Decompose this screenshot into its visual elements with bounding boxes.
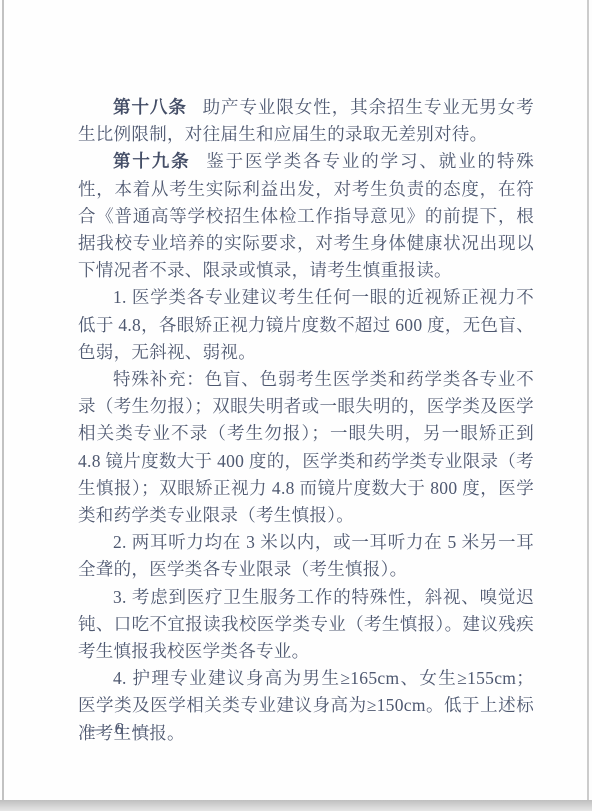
item-2-text: 2. 两耳听力均在 3 米以内，或一耳听力在 5 米另一耳全聋的，医学类各专业限… bbox=[78, 532, 534, 579]
scan-edge-right bbox=[587, 0, 589, 803]
special-supplement-text: 特殊补充：色盲、色弱考生医学类和药学类各专业不录（考生勿报）；双眼失明者或一眼失… bbox=[78, 369, 534, 525]
scan-edge-left bbox=[2, 0, 4, 803]
article-19-heading: 第十九条 bbox=[113, 151, 191, 171]
paragraph-article-18: 第十八条助产专业限女性，其余招生专业无男女考生比例限制，对往届生和应届生的录取无… bbox=[78, 94, 534, 148]
paragraph-item-3: 3. 考虑到医疗卫生服务工作的特殊性，斜视、嗅觉迟钝、口吃不宜报读我校医学类专业… bbox=[78, 584, 534, 666]
scanned-document-page: 第十八条助产专业限女性，其余招生专业无男女考生比例限制，对往届生和应届生的录取无… bbox=[0, 0, 592, 811]
paragraph-article-19: 第十九条鉴于医学类各专业的学习、就业的特殊性，本着从考生实际利益出发，对考生负责… bbox=[78, 148, 534, 284]
paragraph-special-supplement: 特殊补充：色盲、色弱考生医学类和药学类各专业不录（考生勿报）；双眼失明者或一眼失… bbox=[78, 366, 534, 529]
page-surface: 第十八条助产专业限女性，其余招生专业无男女考生比例限制，对往届生和应届生的录取无… bbox=[4, 0, 587, 801]
document-body-text: 第十八条助产专业限女性，其余招生专业无男女考生比例限制，对往届生和应届生的录取无… bbox=[78, 94, 534, 747]
item-1-text: 1. 医学类各专业建议考生任何一眼的近视矫正视力不低于 4.8，各眼矫正视力镜片… bbox=[78, 287, 534, 361]
paragraph-item-2: 2. 两耳听力均在 3 米以内，或一耳听力在 5 米另一耳全聋的，医学类各专业限… bbox=[78, 529, 534, 583]
paragraph-item-1: 1. 医学类各专业建议考生任何一眼的近视矫正视力不低于 4.8，各眼矫正视力镜片… bbox=[78, 284, 534, 366]
item-3-text: 3. 考虑到医疗卫生服务工作的特殊性，斜视、嗅觉迟钝、口吃不宜报读我校医学类专业… bbox=[78, 587, 534, 661]
scan-edge-bottom bbox=[0, 800, 592, 811]
article-18-heading: 第十八条 bbox=[113, 97, 187, 117]
page-number: — 6 — bbox=[88, 719, 153, 739]
